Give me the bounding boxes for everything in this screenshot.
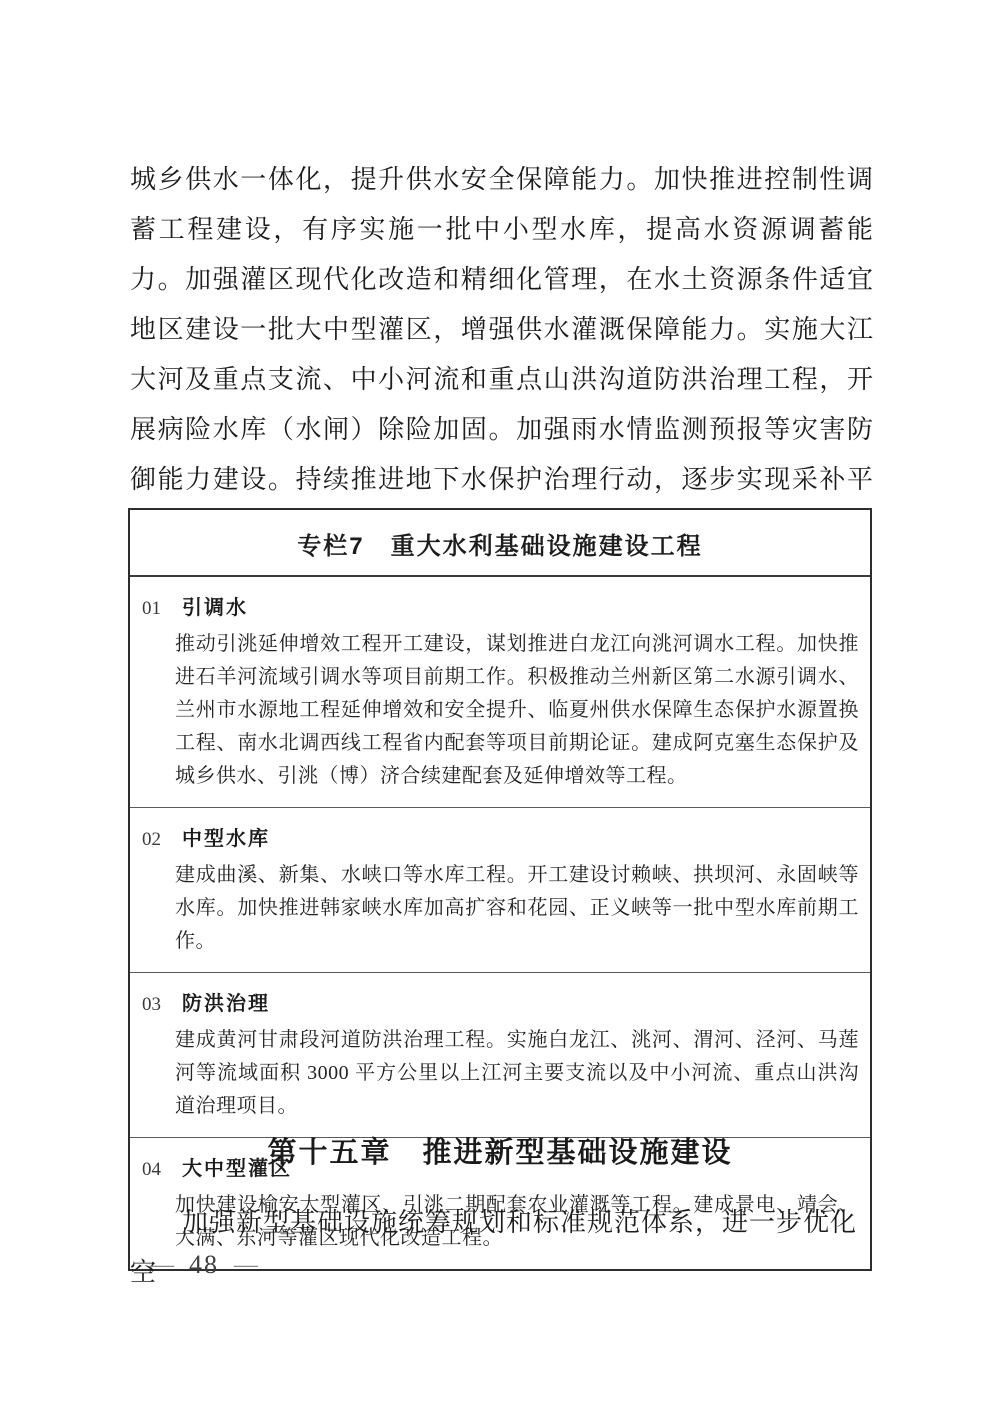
- item-head: 02 中型水库: [142, 818, 856, 853]
- item-heading: 引调水: [182, 597, 248, 619]
- item-heading: 中型水库: [182, 828, 270, 850]
- page-number: 48: [189, 1250, 219, 1280]
- item-body: 建成曲溪、新集、水峡口等水库工程。开工建设讨赖峡、拱坝河、永固峡等水库。加快推进…: [175, 859, 859, 958]
- item-head: 01 引调水: [142, 587, 856, 622]
- item-number: 03: [142, 994, 161, 1016]
- box-item-03: 03 防洪治理 建成黄河甘肃段河道防洪治理工程。实施白龙江、洮河、渭河、泾河、马…: [130, 973, 870, 1138]
- box-item-01: 01 引调水 推动引洮延伸增效工程开工建设，谋划推进白龙江向洮河调水工程。加快推…: [130, 577, 870, 808]
- page-footer: — 48 —: [150, 1250, 258, 1280]
- next-paragraph: 加强新型基础设施统筹规划和标准规范体系，进一步优化空: [130, 1198, 874, 1298]
- intro-paragraph: 城乡供水一体化，提升供水安全保障能力。加快推进控制性调蓄工程建设，有序实施一批中…: [130, 155, 874, 555]
- chapter-heading: 第十五章 推进新型基础设施建设: [0, 1130, 1000, 1171]
- item-number: 01: [142, 598, 161, 620]
- column-box-title: 专栏7 重大水利基础设施建设工程: [130, 510, 870, 577]
- item-head: 03 防洪治理: [142, 983, 856, 1018]
- item-heading: 防洪治理: [182, 993, 270, 1015]
- document-page: 城乡供水一体化，提升供水安全保障能力。加快推进控制性调蓄工程建设，有序实施一批中…: [0, 0, 1000, 1414]
- footer-dash-left: —: [150, 1252, 174, 1279]
- item-body: 推动引洮延伸增效工程开工建设，谋划推进白龙江向洮河调水工程。加快推进石羊河流域引…: [175, 628, 859, 793]
- footer-dash-right: —: [234, 1252, 258, 1279]
- box-item-02: 02 中型水库 建成曲溪、新集、水峡口等水库工程。开工建设讨赖峡、拱坝河、永固峡…: [130, 808, 870, 973]
- item-number: 02: [142, 829, 161, 851]
- item-body: 建成黄河甘肃段河道防洪治理工程。实施白龙江、洮河、渭河、泾河、马莲河等流域面积 …: [175, 1024, 859, 1123]
